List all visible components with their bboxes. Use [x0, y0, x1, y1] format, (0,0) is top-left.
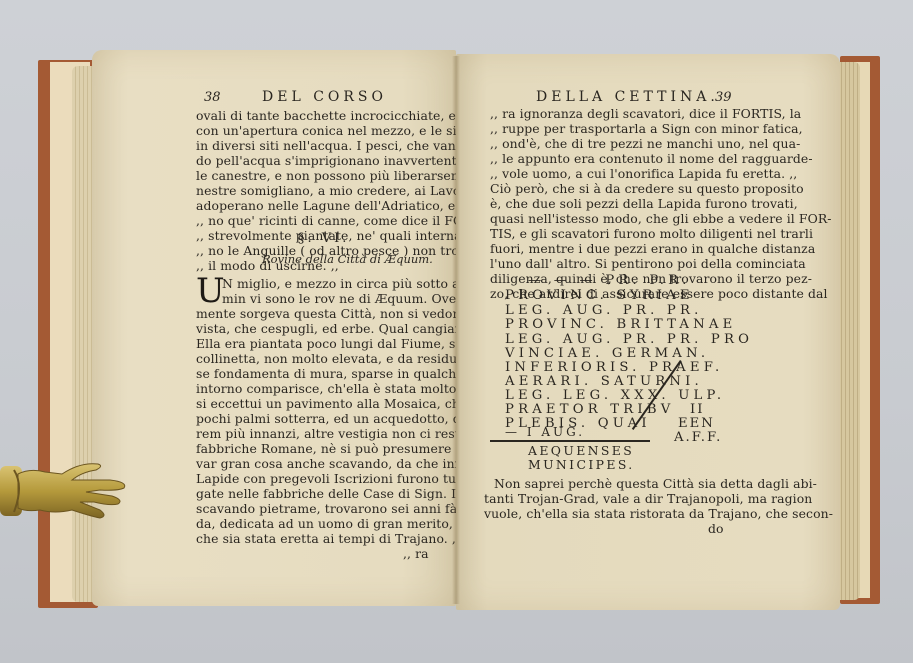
text-line: fuori, mentre i due pezzi erano in qualc…: [490, 241, 815, 256]
text-line: è, che due soli pezzi della Lapida furon…: [490, 196, 798, 211]
section-title: Rovine della Città di Æquum.: [262, 252, 433, 266]
text-line: quasi nell'istesso modo, che gli ebbe a …: [490, 211, 832, 226]
text-line: ,, ond'è, che di tre pezzi ne manchi uno…: [490, 136, 800, 151]
text-line: ,, ruppe per trasportarla a Sign con min…: [490, 121, 803, 136]
inscription-line: — I AUG.: [505, 425, 585, 440]
book-gutter: [452, 56, 460, 604]
text-line: ,, le appunto era contenuto il nome del …: [490, 151, 813, 166]
catchword: do: [708, 521, 724, 536]
inscription-rule: [490, 440, 650, 442]
inscription-line: PROVINC. BRITTANAE: [505, 318, 736, 333]
drop-cap: U: [196, 274, 225, 308]
inscription-line: — — — PR. P.R.: [528, 274, 691, 289]
catchword: ,, ra: [403, 546, 429, 561]
inscription-footer: MUNICIPES.: [528, 458, 635, 473]
text-line: Ciò però, che si à da credere su questo …: [490, 181, 804, 196]
text-line: tanti Trojan-Grad, vale a dir Trajanopol…: [484, 491, 812, 506]
left-page-number: 38: [204, 90, 221, 105]
text-line: N miglio, e mezzo in circa più sotto a R…: [222, 276, 485, 291]
text-line: Non saprei perchè questa Città sia detta…: [494, 476, 817, 491]
right-running-head: DELLA CETTINA.: [536, 89, 719, 105]
brass-hand-page-holder-icon: [0, 456, 135, 536]
text-line: TIS, e gli scavatori furono molto dilige…: [490, 226, 813, 241]
text-line: ,, ra ignoranza degli scavatori, dice il…: [490, 106, 801, 121]
right-page-number: 39: [715, 90, 732, 105]
text-line: l'uno dall' altro. Si pentirono poi dell…: [490, 256, 806, 271]
left-running-head: DEL CORSO: [262, 89, 387, 105]
inscription-fragment: A.F.F.: [674, 431, 722, 446]
section-number: §. VI.: [298, 231, 349, 246]
inscription-line: PROVINC. SYRIAE: [505, 289, 694, 304]
text-line: ,, vole uomo, a cui l'onorifica Lapida f…: [490, 166, 797, 181]
text-line: vuole, ch'ella sia stata ristorata da Tr…: [484, 506, 833, 521]
